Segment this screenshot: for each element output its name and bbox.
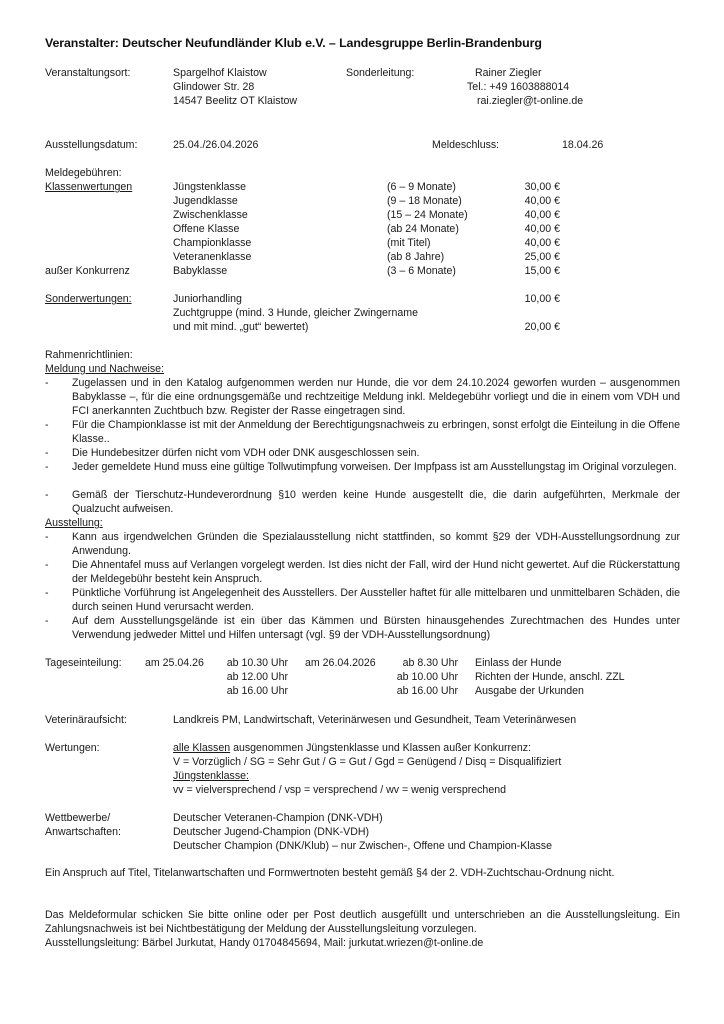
schedule-description: Einlass der Hunde — [475, 656, 562, 670]
class-age: (9 – 18 Monate) — [387, 194, 462, 208]
title-item: Deutscher Champion (DNK/Klub) – nur Zwis… — [173, 839, 552, 853]
deadline-value: 18.04.26 — [562, 138, 603, 152]
schedule-time-day-1: ab 10.30 Uhr — [200, 656, 288, 670]
rule-item: Jeder gemeldete Hund muss eine gültige T… — [72, 460, 680, 474]
class-name: Championklasse — [173, 236, 251, 250]
class-price: 40,00 € — [500, 194, 560, 208]
venue-line-3: 14547 Beelitz OT Klaistow — [173, 94, 297, 108]
bullet-marker: - — [45, 614, 49, 628]
rule-item: Für die Championklasse ist mit der Anmel… — [72, 418, 680, 446]
rule-item: Die Ahnentafel muss auf Verlangen vorgel… — [72, 558, 680, 586]
special-item-name: und mit mind. „gut“ bewertet) — [173, 320, 308, 334]
bullet-marker: - — [45, 530, 49, 544]
schedule-day-2: am 26.04.2026 — [305, 656, 376, 670]
venue-line-1: Spargelhof Klaistow — [173, 66, 267, 80]
contact-name: Rainer Ziegler — [475, 66, 542, 80]
class-age: (ab 24 Monate) — [387, 222, 459, 236]
claim-note: Ein Anspruch auf Titel, Titelanwartschaf… — [45, 866, 680, 880]
special-item-price: 10,00 € — [500, 292, 560, 306]
class-age: (15 – 24 Monate) — [387, 208, 468, 222]
class-age: (3 – 6 Monate) — [387, 264, 456, 278]
class-name: Zwischenklasse — [173, 208, 248, 222]
class-price: 30,00 € — [500, 180, 560, 194]
schedule-time-day-2: ab 10.00 Uhr — [370, 670, 458, 684]
form-note: Das Meldeformular schicken Sie bitte onl… — [45, 908, 680, 936]
schedule-description: Richten der Hunde, anschl. ZZL — [475, 670, 625, 684]
class-age: (ab 8 Jahre) — [387, 250, 444, 264]
ratings-line-3: Jüngstenklasse: — [173, 769, 249, 783]
title-item: Deutscher Veteranen-Champion (DNK-VDH) — [173, 811, 383, 825]
venue-label: Veranstaltungsort: — [45, 66, 130, 80]
special-ratings-label: Sonderwertungen: — [45, 292, 132, 306]
schedule-time-day-1: ab 16.00 Uhr — [200, 684, 288, 698]
special-item-name: Juniorhandling — [173, 292, 242, 306]
schedule-time-day-2: ab 8.30 Uhr — [370, 656, 458, 670]
class-price: 15,00 € — [500, 264, 560, 278]
rule-item: Zugelassen und in den Katalog aufgenomme… — [72, 376, 680, 418]
rules-section-2-title: Ausstellung: — [45, 516, 103, 530]
special-item-name: Zuchtgruppe (mind. 3 Hunde, gleicher Zwi… — [173, 306, 418, 320]
bullet-marker: - — [45, 586, 49, 600]
ratings-label: Wertungen: — [45, 741, 100, 755]
rules-section-1-title: Meldung und Nachweise: — [45, 362, 164, 376]
class-ratings-label: Klassenwertungen — [45, 180, 132, 194]
rule-item: Auf dem Ausstellungsgelände ist ein über… — [72, 614, 680, 642]
vet-value: Landkreis PM, Landwirtschaft, Veterinärw… — [173, 713, 576, 727]
ratings-all-classes: alle Klassen — [173, 742, 230, 754]
rule-item: Pünktliche Vorführung ist Angelegenheit … — [72, 586, 680, 614]
contact-phone: Tel.: +49 1603888014 — [467, 80, 569, 94]
rule-item: Die Hundebesitzer dürfen nicht vom VDH o… — [72, 446, 680, 460]
bullet-marker: - — [45, 376, 49, 390]
class-name: Jüngstenklasse — [173, 180, 246, 194]
schedule-description: Ausgabe der Urkunden — [475, 684, 584, 698]
ratings-line-1: alle Klassen ausgenommen Jüngstenklasse … — [173, 741, 531, 755]
rule-item: Kann aus irgendwelchen Gründen die Spezi… — [72, 530, 680, 558]
class-price: 40,00 € — [500, 208, 560, 222]
titles-label-1: Wettbewerbe/ — [45, 811, 110, 825]
class-age: (mit Titel) — [387, 236, 431, 250]
bullet-marker: - — [45, 446, 49, 460]
rules-heading: Rahmenrichtlinien: — [45, 348, 133, 362]
out-of-competition-label: außer Konkurrenz — [45, 264, 130, 278]
show-date-label: Ausstellungsdatum: — [45, 138, 137, 152]
deadline-label: Meldeschluss: — [432, 138, 499, 152]
class-name: Veteranenklasse — [173, 250, 251, 264]
class-price: 40,00 € — [500, 236, 560, 250]
class-name: Babyklasse — [173, 264, 227, 278]
rule-item: Gemäß der Tierschutz-Hundeverordnung §10… — [72, 488, 680, 516]
contact-email[interactable]: rai.ziegler@t-online.de — [477, 94, 583, 108]
titles-label-2: Anwartschaften: — [45, 825, 121, 839]
vet-label: Veterinäraufsicht: — [45, 713, 127, 727]
ratings-line-1-rest: ausgenommen Jüngstenklasse und Klassen a… — [230, 742, 531, 754]
title-item: Deutscher Jugend-Champion (DNK-VDH) — [173, 825, 369, 839]
class-price: 40,00 € — [500, 222, 560, 236]
class-name: Jugendklasse — [173, 194, 238, 208]
schedule-time-day-1: ab 12.00 Uhr — [200, 670, 288, 684]
bullet-marker: - — [45, 558, 49, 572]
ratings-line-2: V = Vorzüglich / SG = Sehr Gut / G = Gut… — [173, 755, 561, 769]
schedule-label: Tageseinteilung: — [45, 656, 122, 670]
fees-heading: Meldegebühren: — [45, 166, 122, 180]
schedule-day-1: am 25.04.26 — [145, 656, 204, 670]
class-price: 25,00 € — [500, 250, 560, 264]
bullet-marker: - — [45, 418, 49, 432]
class-age: (6 – 9 Monate) — [387, 180, 456, 194]
special-lead-label: Sonderleitung: — [346, 66, 414, 80]
ratings-line-4: vv = vielversprechend / vsp = verspreche… — [173, 783, 506, 797]
show-date-value: 25.04./26.04.2026 — [173, 138, 258, 152]
bullet-marker: - — [45, 460, 49, 474]
class-name: Offene Klasse — [173, 222, 239, 236]
venue-line-2: Glindower Str. 28 — [173, 80, 254, 94]
special-item-price: 20,00 € — [500, 320, 560, 334]
bullet-marker: - — [45, 488, 49, 502]
contact-note: Ausstellungsleitung: Bärbel Jurkutat, Ha… — [45, 936, 483, 950]
schedule-time-day-2: ab 16.00 Uhr — [370, 684, 458, 698]
document-title: Veranstalter: Deutscher Neufundländer Kl… — [45, 36, 542, 50]
